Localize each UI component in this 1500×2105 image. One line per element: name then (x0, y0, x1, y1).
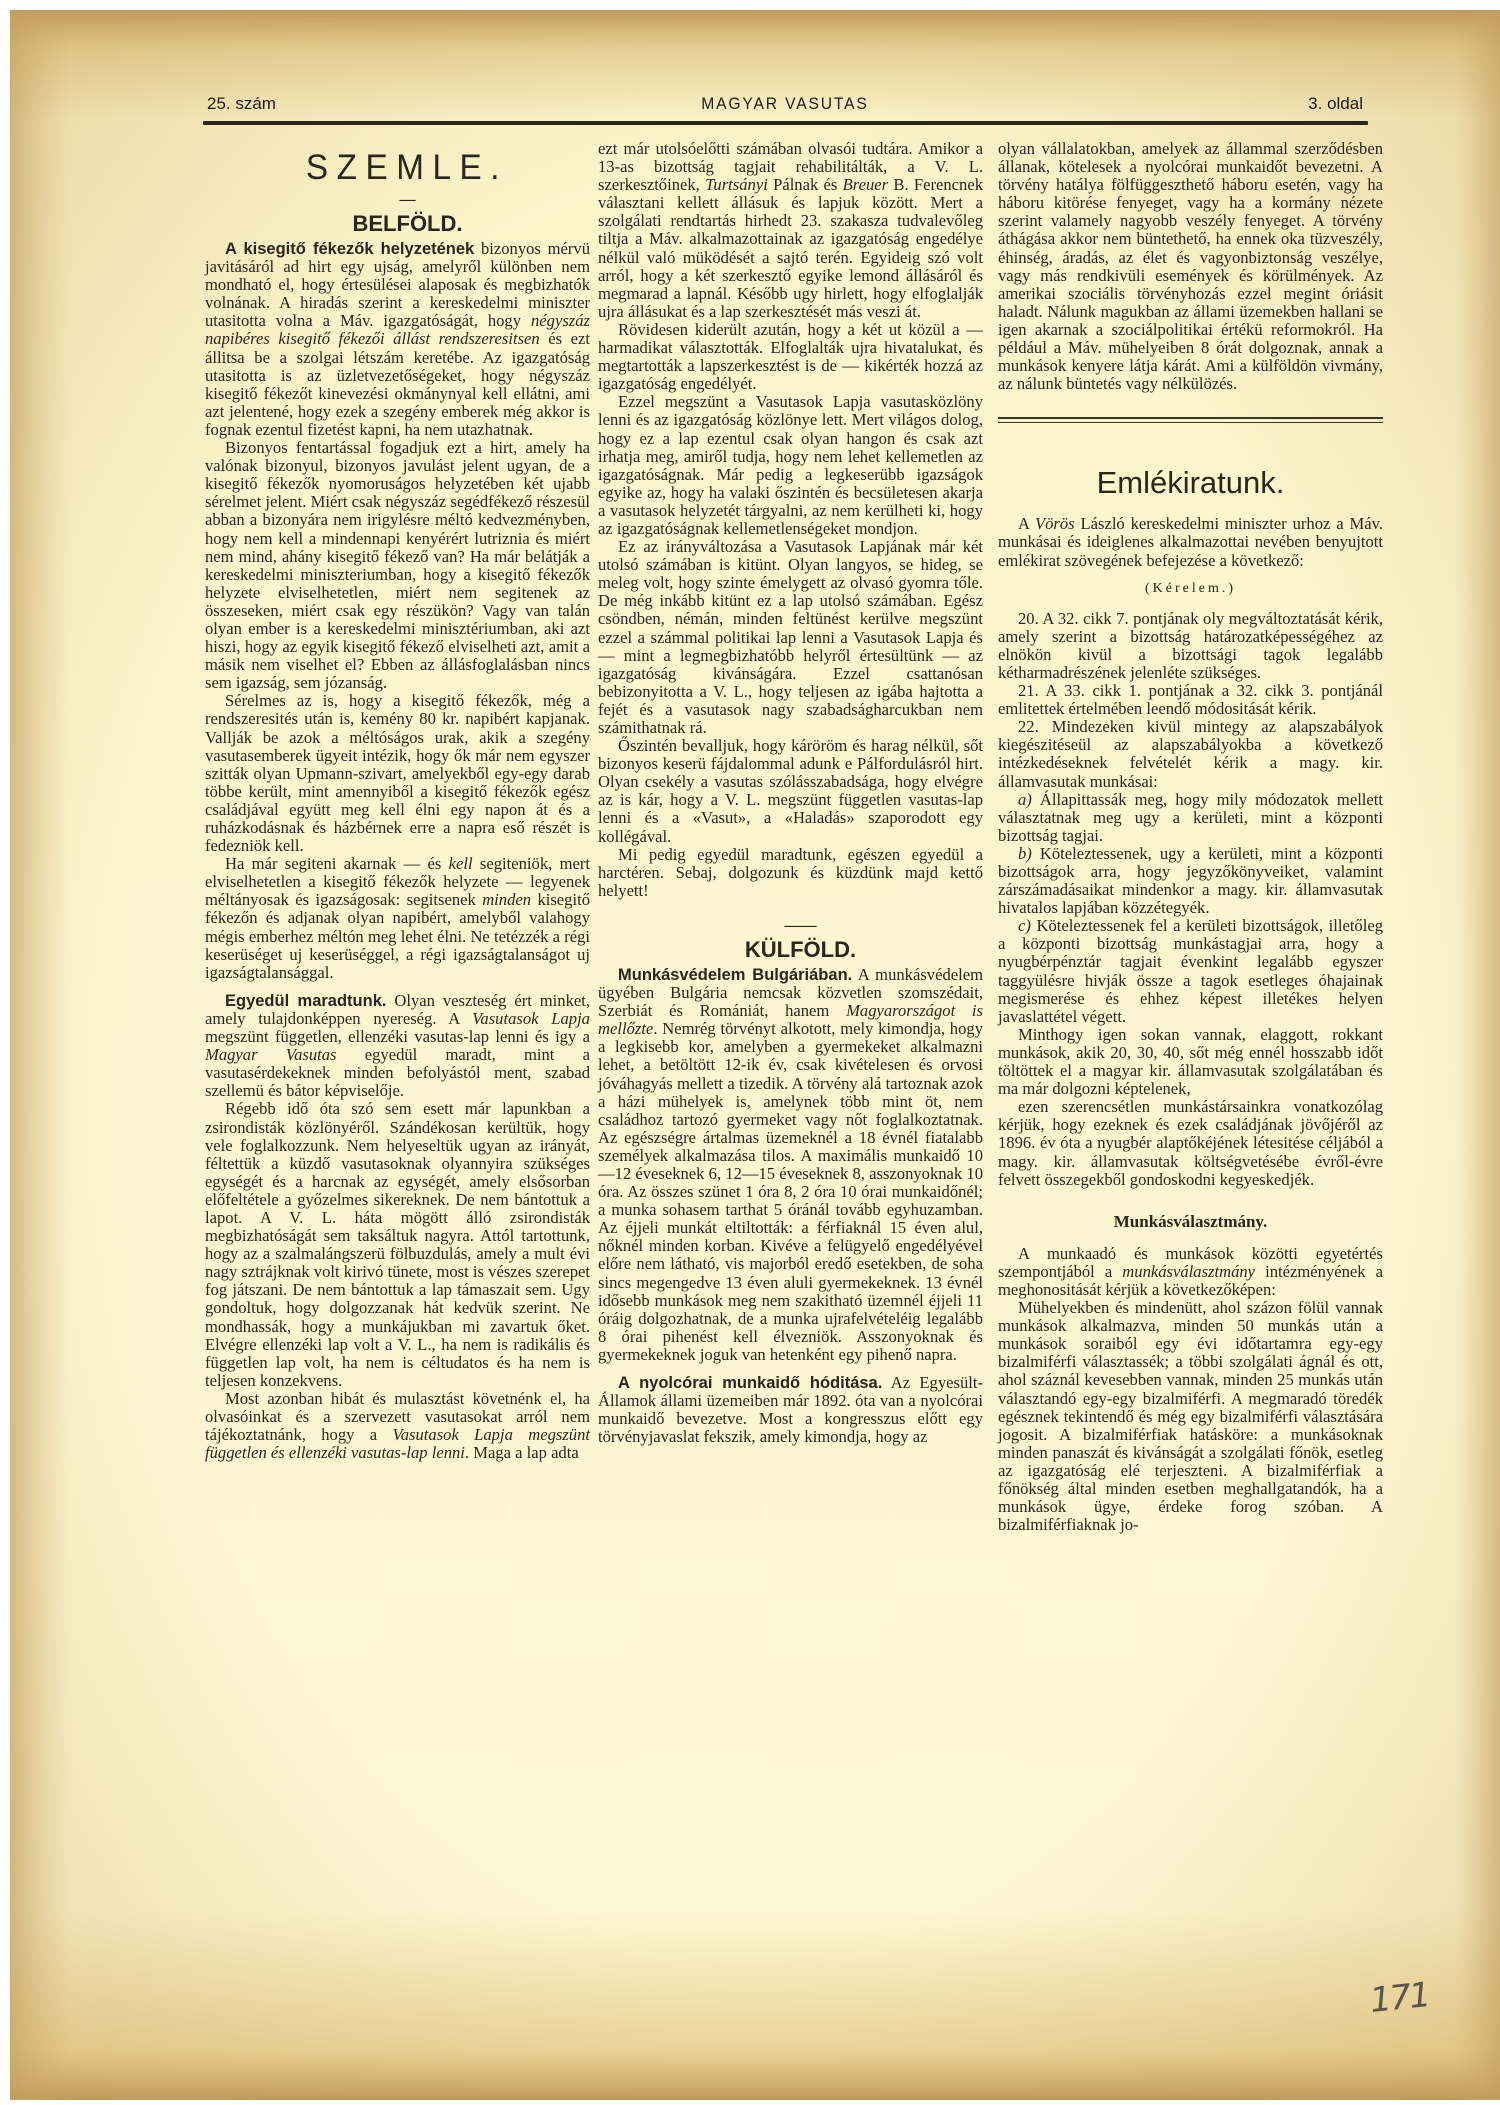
article-paragraph: A Vörös László kereskedelmi miniszter ur… (998, 515, 1383, 569)
list-item: 21. A 33. cikk 1. pontjának a 32. cikk 3… (998, 682, 1383, 718)
article-paragraph: Ez az irányváltozása a Vasutasok Lapjána… (598, 538, 983, 737)
article-paragraph: Munkásvédelem Bulgáriában. A munkásvédel… (598, 966, 983, 1364)
article-lead: A nyolcórai munkaidő hóditása. (618, 1374, 882, 1392)
list-item: c) Köteleztessenek fel a kerületi bizott… (998, 917, 1383, 1026)
article-paragraph: A kisegitő fékezők helyzetének bizonyos … (205, 240, 590, 439)
header-rule (203, 121, 1368, 125)
column-middle: ezt már utolsóelőtti számában olvasói tu… (598, 140, 983, 1446)
article-paragraph: Mi pedig egyedül maradtunk, egészen egye… (598, 846, 983, 900)
title-dash: — (225, 190, 590, 210)
page-header: 25. szám MAGYAR VASUTAS 3. oldal (205, 94, 1365, 118)
article-separator (998, 417, 1383, 423)
list-item: 20. A 32. cikk 7. pontjának oly megválto… (998, 610, 1383, 682)
article-lead: Egyedül maradtunk. (225, 992, 386, 1010)
column-left: SZEMLE. — BELFÖLD. A kisegitő fékezők he… (205, 142, 590, 1462)
list-item: b) Köteleztessenek, ugy a kerületi, mint… (998, 845, 1383, 917)
article-title-emlekiratunk: Emlékiratunk. (998, 463, 1383, 503)
subsection-title-belfold: BELFÖLD. (225, 210, 590, 238)
article-paragraph: Rövidesen kiderült azután, hogy a két ut… (598, 321, 983, 393)
subsection-title-kulfold: KÜLFÖLD. (618, 936, 983, 964)
handwritten-page-number: 171 (1368, 1975, 1431, 2021)
article-paragraph: Sérelmes az is, hogy a kisegitő fékezők,… (205, 692, 590, 855)
article-paragraph: A nyolcórai munkaidő hóditása. Az Egyesü… (598, 1374, 983, 1446)
column-right: olyan vállalatokban, amelyek az állammal… (998, 140, 1383, 1534)
section-title-szemle: SZEMLE. (215, 148, 581, 188)
newspaper-page: 25. szám MAGYAR VASUTAS 3. oldal SZEMLE.… (10, 10, 1500, 2100)
article-paragraph: ezt már utolsóelőtti számában olvasói tu… (598, 140, 983, 321)
subheading-munkasvalasztmany: Munkásválasztmány. (998, 1213, 1383, 1231)
article-paragraph: Őszintén bevalljuk, hogy káröröm és hara… (598, 737, 983, 846)
article-paragraph: Most azonban hibát és mulasztást követné… (205, 1390, 590, 1462)
article-paragraph: Ha már segiteni akarnak — és kell segite… (205, 855, 590, 982)
kerelem-heading: (Kérelem.) (998, 580, 1383, 598)
list-item: 22. Mindezeken kivül mintegy az alapszab… (998, 718, 1383, 790)
article-paragraph: ezen szerencsétlen munkástársainkra vona… (998, 1098, 1383, 1188)
article-paragraph: Bizonyos fentartással fogadjuk ezt a hir… (205, 439, 590, 692)
publication-title: MAGYAR VASUTAS (251, 94, 1318, 114)
article-lead: A kisegitő fékezők helyzetének (225, 240, 474, 258)
article-paragraph: Ezzel megszünt a Vasutasok Lapja vasutas… (598, 393, 983, 538)
list-item: a) Állapittassák meg, hogy mily módozato… (998, 791, 1383, 845)
article-paragraph: Minthogy igen sokan vannak, elaggott, ro… (998, 1026, 1383, 1098)
article-paragraph: A munkaadó és munkások közötti egyetérté… (998, 1245, 1383, 1299)
article-paragraph: Régebb idő óta szó sem esett már lapunkb… (205, 1100, 590, 1390)
section-dash: —— (618, 916, 983, 936)
article-lead: Munkásvédelem Bulgáriában. (618, 966, 852, 984)
article-paragraph: olyan vállalatokban, amelyek az állammal… (998, 140, 1383, 393)
article-paragraph: Egyedül maradtunk. Olyan veszteség ért m… (205, 992, 590, 1101)
article-paragraph: Mühelyekben és mindenütt, ahol százon fö… (998, 1299, 1383, 1534)
page-number: 3. oldal (1308, 94, 1363, 114)
